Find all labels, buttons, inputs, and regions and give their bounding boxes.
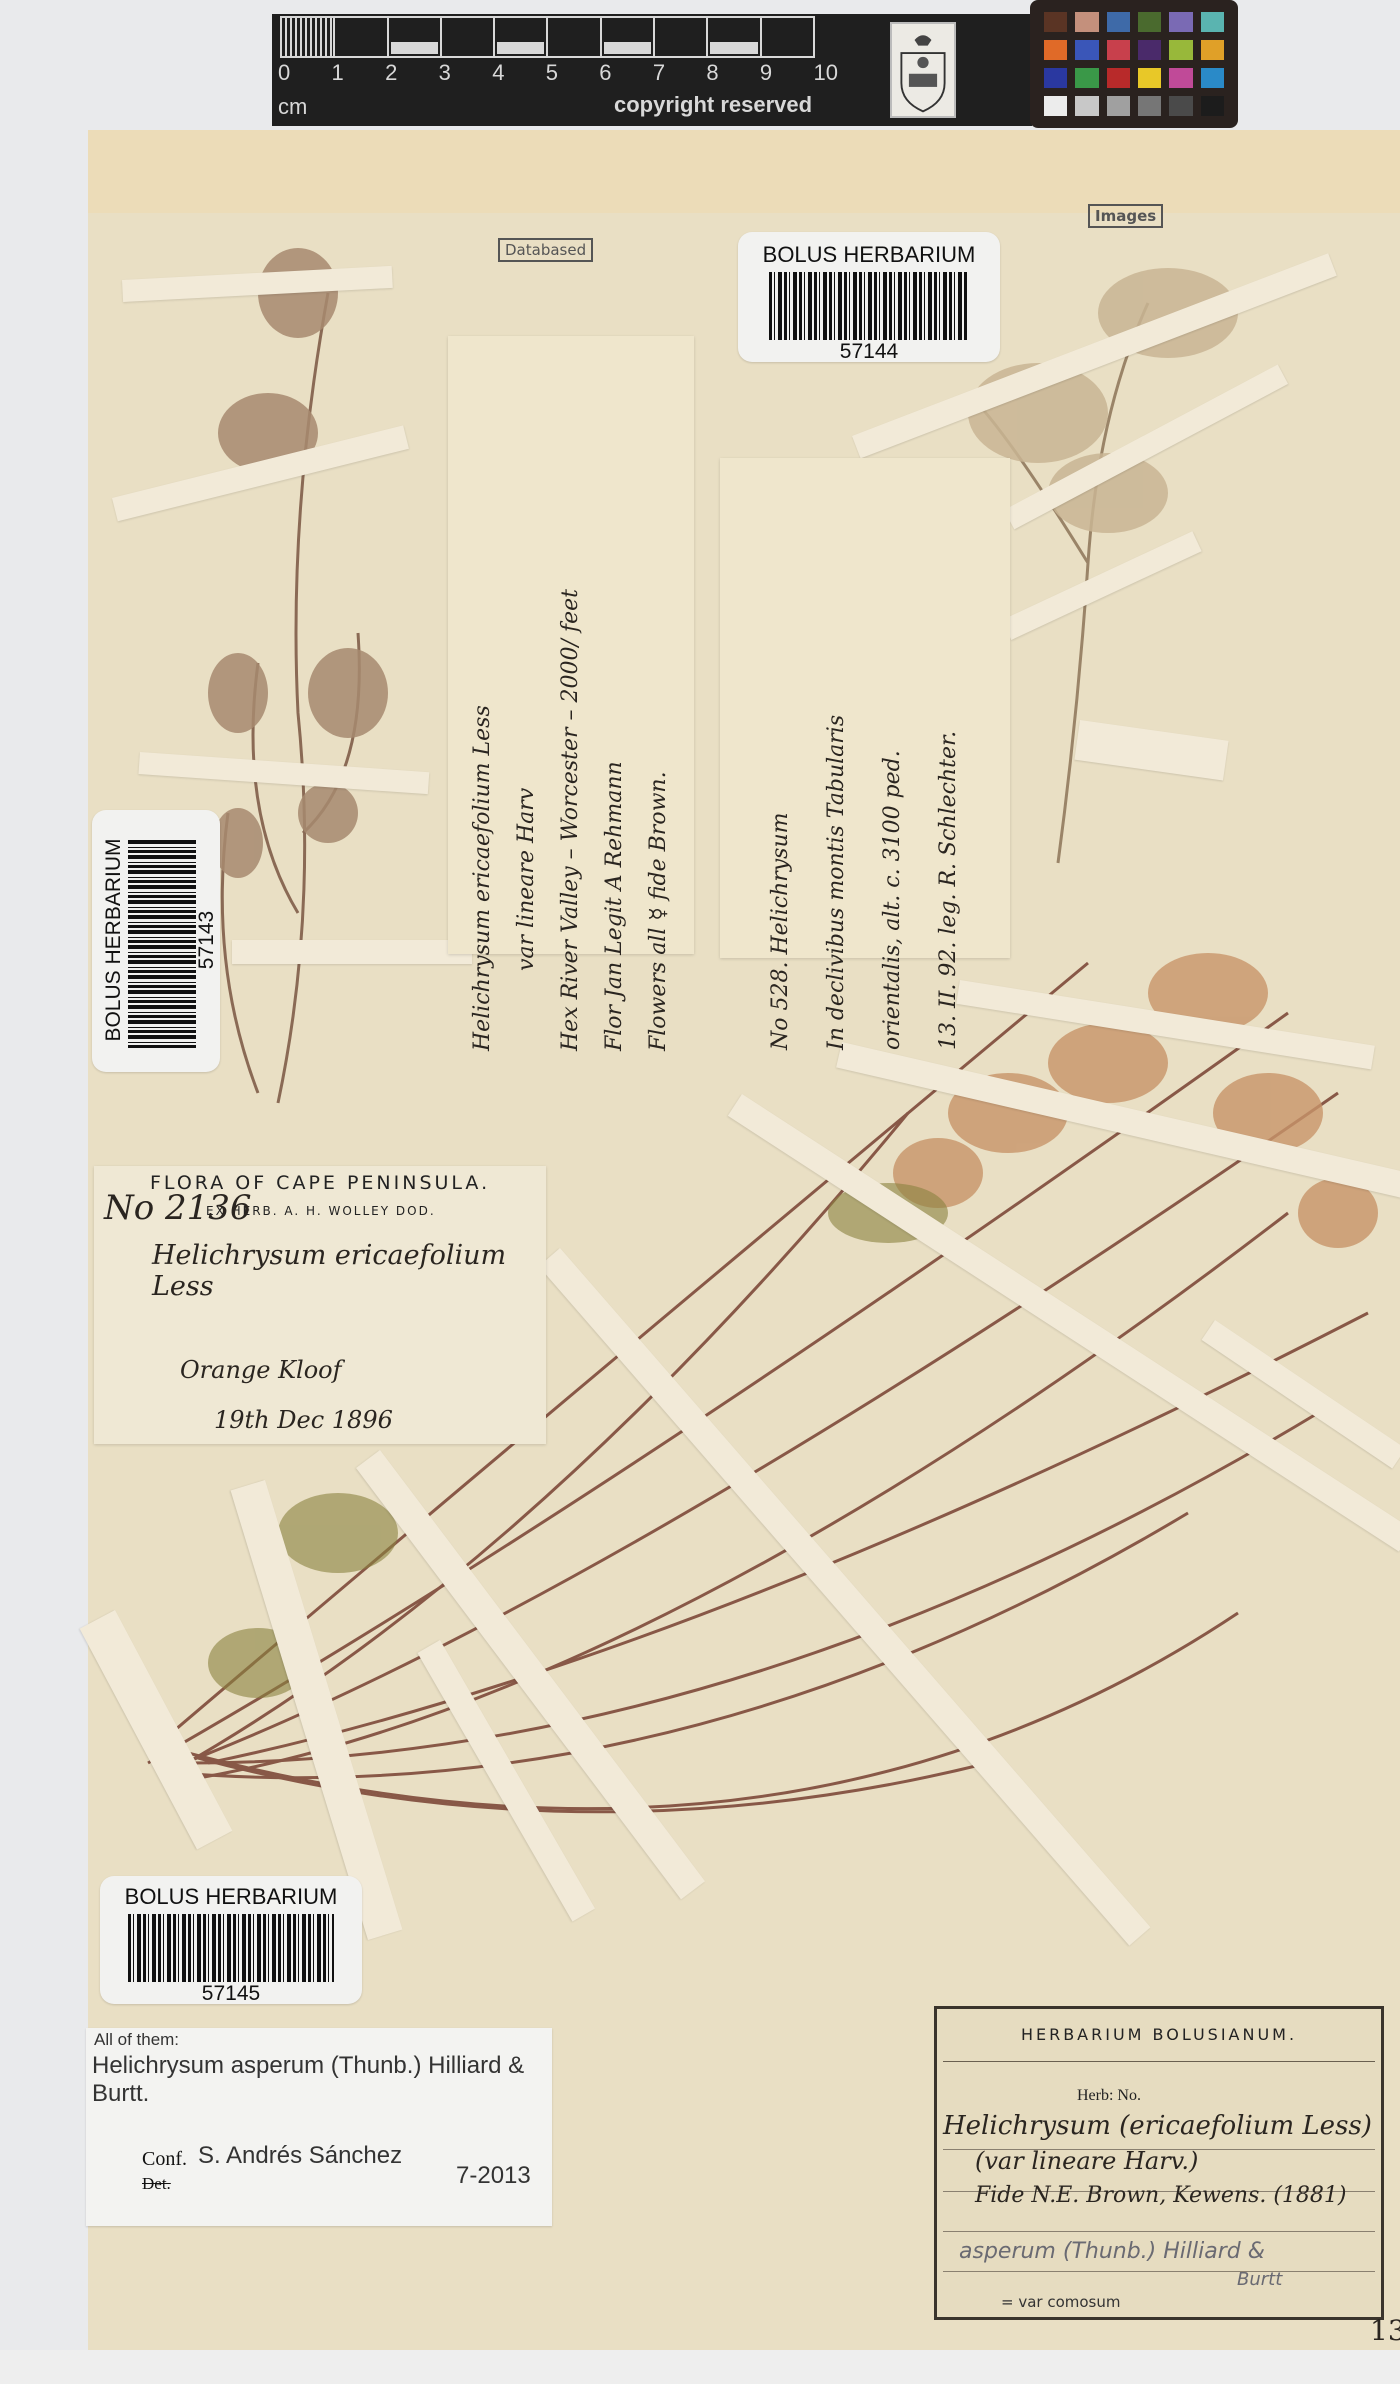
unit-label: cm: [278, 94, 307, 120]
color-swatch: [1169, 12, 1192, 32]
determination-slip: All of them: Helichrysum asperum (Thunb.…: [86, 2028, 552, 2226]
tick: 4: [492, 60, 504, 86]
mounting-tape: [232, 940, 472, 964]
collector-label-rehmann: Helichrysum ericaefolium Less var linear…: [448, 336, 694, 954]
label-variety-note: = var comosum: [1001, 2293, 1121, 2311]
color-swatch: [1138, 68, 1161, 88]
collector-label-schlechter: No 528. Helichrysum In declivibus montis…: [720, 458, 1010, 958]
label-line: In declivibus montis Tabularis: [809, 550, 865, 1050]
barcode-institution: BOLUS HERBARIUM: [100, 1884, 362, 1910]
barcode-institution: BOLUS HERBARIUM: [738, 242, 1000, 268]
conf-label: Conf.: [142, 2148, 187, 2171]
collector-label-wolley-dod: FLORA OF CAPE PENINSULA. EX HERB. A. H. …: [94, 1166, 546, 1444]
label-variety: (var lineare Harv.): [975, 2147, 1198, 2175]
label-title: HERBARIUM BOLUSIANUM.: [937, 2025, 1381, 2044]
tick: 2: [385, 60, 397, 86]
det-note: All of them:: [94, 2030, 179, 2050]
label-locality: Orange Kloof: [180, 1356, 342, 1384]
color-calibration-card: [1030, 0, 1238, 128]
label-date: 19th Dec 1896: [214, 1406, 393, 1434]
label-redetermination: asperum (Thunb.) Hilliard &: [959, 2239, 1265, 2264]
det-label-struck: Det.: [142, 2174, 171, 2194]
label-text-block: No 528. Helichrysum In declivibus montis…: [753, 550, 977, 1050]
label-line: Hex River Valley – Worcester – 2000/ fee…: [549, 433, 593, 1051]
color-swatch: [1044, 96, 1067, 116]
barcode-number: 57144: [738, 340, 1000, 364]
herb-no-field: Herb: No.: [1077, 2087, 1141, 2105]
barcode-label: BOLUS HERBARIUM 57143: [92, 810, 220, 1072]
barcode-number: 57145: [100, 1982, 362, 2006]
color-swatch: [1169, 40, 1192, 60]
color-swatch: [1138, 96, 1161, 116]
color-swatch: [1138, 12, 1161, 32]
color-swatch: [1044, 68, 1067, 88]
scale-bar: 0 1 2 3 4 5 6 7 8 9 10 cm copyright rese…: [272, 14, 1032, 126]
tick: 3: [439, 60, 451, 86]
color-swatch: [1201, 68, 1224, 88]
det-date: 7-2013: [456, 2162, 531, 2190]
det-taxon: Helichrysum asperum (Thunb.) Hilliard & …: [92, 2052, 552, 2108]
color-swatch: [1044, 12, 1067, 32]
label-line: 13. II. 92. leg. R. Schlechter.: [921, 550, 977, 1050]
university-crest-icon: [890, 22, 956, 118]
label-line: orientalis, alt. c. 3100 ped.: [865, 550, 921, 1050]
tick: 9: [760, 60, 772, 86]
label-authority: Fide N.E. Brown, Kewens. (1881): [975, 2183, 1347, 2208]
color-swatch: [1169, 96, 1192, 116]
color-swatch: [1201, 96, 1224, 116]
ruler-ticks: 0 1 2 3 4 5 6 7 8 9 10: [278, 60, 838, 86]
tick: 7: [653, 60, 665, 86]
label-number: No 2136: [104, 1188, 252, 1228]
barcode-icon: [128, 838, 196, 1048]
label-line: Helichrysum ericaefolium Less: [461, 433, 505, 1051]
barcode-number: 57143: [195, 865, 219, 1015]
color-swatch: [1107, 96, 1130, 116]
barcode-icon: [769, 272, 969, 340]
label-line: No 528. Helichrysum: [753, 550, 809, 1050]
barcode-institution: BOLUS HERBARIUM: [102, 830, 126, 1050]
label-text-block: Helichrysum ericaefolium Less var linear…: [461, 433, 681, 1051]
color-swatch: [1201, 12, 1224, 32]
tick: 0: [278, 60, 290, 86]
label-taxon: Helichrysum (ericaefolium Less): [943, 2111, 1372, 2141]
tick: 5: [546, 60, 558, 86]
barcode-label: BOLUS HERBARIUM 57144: [738, 232, 1000, 362]
color-swatch: [1169, 68, 1192, 88]
barcode-label: BOLUS HERBARIUM 57145: [100, 1876, 362, 2004]
label-redetermination-cont: Burtt: [1237, 2269, 1282, 2290]
color-swatch: [1138, 40, 1161, 60]
copyright-text: copyright reserved: [614, 92, 812, 118]
color-swatch: [1107, 12, 1130, 32]
label-taxon: Helichrysum ericaefolium Less: [152, 1240, 546, 1302]
rule: [943, 2231, 1375, 2232]
color-swatch: [1107, 68, 1130, 88]
color-swatch: [1075, 68, 1098, 88]
color-swatch: [1075, 96, 1098, 116]
color-swatch: [1107, 40, 1130, 60]
background-edge: [0, 2350, 1400, 2384]
tick: 10: [813, 60, 837, 86]
color-swatch: [1201, 40, 1224, 60]
tick: 1: [332, 60, 344, 86]
rule: [943, 2271, 1375, 2272]
sheet-number: 13: [1370, 2314, 1400, 2347]
label-line: var lineare Harv: [505, 433, 549, 1051]
color-swatch: [1075, 12, 1098, 32]
tick: 6: [599, 60, 611, 86]
rule: [943, 2061, 1375, 2062]
label-line: Flor Jan Legit A Rehmann: [593, 433, 637, 1051]
barcode-icon: [128, 1914, 334, 1982]
color-swatch: [1044, 40, 1067, 60]
determiner-name: S. Andrés Sánchez: [198, 2142, 402, 2170]
tick: 8: [706, 60, 718, 86]
herbarium-bolusianum-label: HERBARIUM BOLUSIANUM. Herb: No. Helichry…: [934, 2006, 1384, 2320]
ruler: [280, 16, 815, 58]
label-line: Flowers all ☿ fide Brown.: [637, 433, 681, 1051]
color-swatch: [1075, 40, 1098, 60]
